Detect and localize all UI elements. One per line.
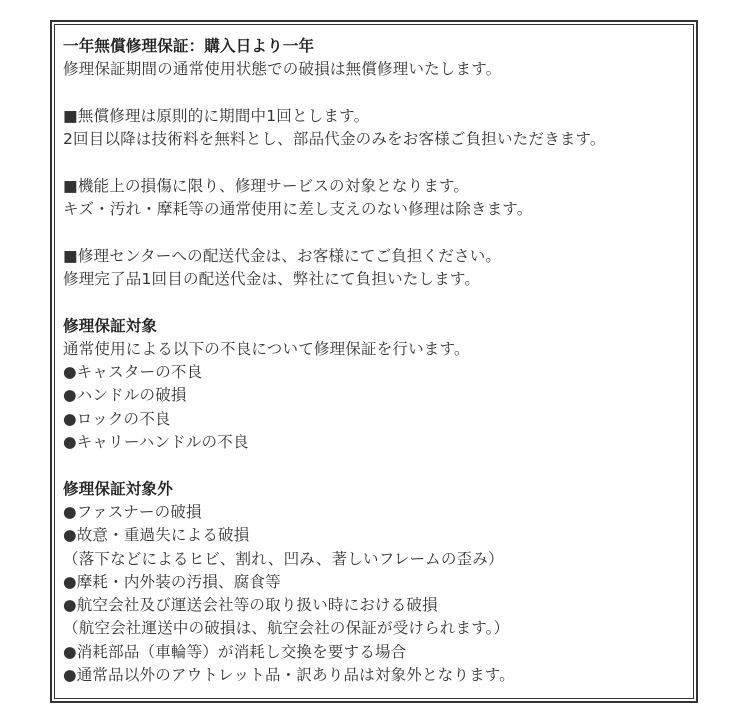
spacer [63, 151, 688, 174]
excluded-item: ●消耗部品（車輪等）が消耗し交換を要する場合 [63, 641, 688, 664]
excluded-item: ●ファスナーの破損 [63, 501, 688, 524]
note-free-repair-limit: ■無償修理は原則的に期間中1回とします。 [63, 105, 688, 128]
note-free-repair-second: 2回目以降は技術料を無料とし、部品代金のみをお客様ご負担いただきます。 [63, 128, 688, 151]
spacer [63, 82, 688, 105]
covered-item: ●キャスターの不良 [63, 361, 688, 384]
note-return-shipping: 修理完了品1回目の配送代金は、弊社にて負担いたします。 [63, 268, 688, 291]
excluded-heading: 修理保証対象外 [63, 478, 688, 501]
warranty-title: 一年無償修理保証：購入日より一年 [63, 35, 688, 58]
excluded-item: ●航空会社及び運送会社等の取り扱い時における破損 [63, 594, 688, 617]
excluded-item-note: （航空会社運送中の破損は、航空会社の保証が受けられます。） [63, 617, 688, 640]
spacer [63, 454, 688, 477]
excluded-item: ●摩耗・内外装の汚損、腐食等 [63, 571, 688, 594]
excluded-item-note: （落下などによるヒビ、割れ、凹み、著しいフレームの歪み） [63, 548, 688, 571]
covered-description: 通常使用による以下の不良について修理保証を行います。 [63, 338, 688, 361]
spacer [63, 291, 688, 314]
spacer [63, 221, 688, 244]
covered-item: ●ハンドルの破損 [63, 384, 688, 407]
note-functional-damage: ■機能上の損傷に限り、修理サービスの対象となります。 [63, 175, 688, 198]
note-shipping-cost: ■修理センターへの配送代金は、お客様にてご負担ください。 [63, 245, 688, 268]
covered-heading: 修理保証対象 [63, 315, 688, 338]
excluded-item: ●通常品以外のアウトレット品・訳あり品は対象外となります。 [63, 664, 688, 687]
covered-item: ●キャリーハンドルの不良 [63, 431, 688, 454]
covered-item: ●ロックの不良 [63, 408, 688, 431]
warranty-intro: 修理保証期間の通常使用状態での破損は無償修理いたします。 [63, 58, 688, 81]
warranty-content: 一年無償修理保証：購入日より一年 修理保証期間の通常使用状態での破損は無償修理い… [63, 35, 688, 687]
excluded-item: ●故意・重過失による破損 [63, 524, 688, 547]
note-cosmetic-excluded: キズ・汚れ・摩耗等の通常使用に差し支えのない修理は除きます。 [63, 198, 688, 221]
